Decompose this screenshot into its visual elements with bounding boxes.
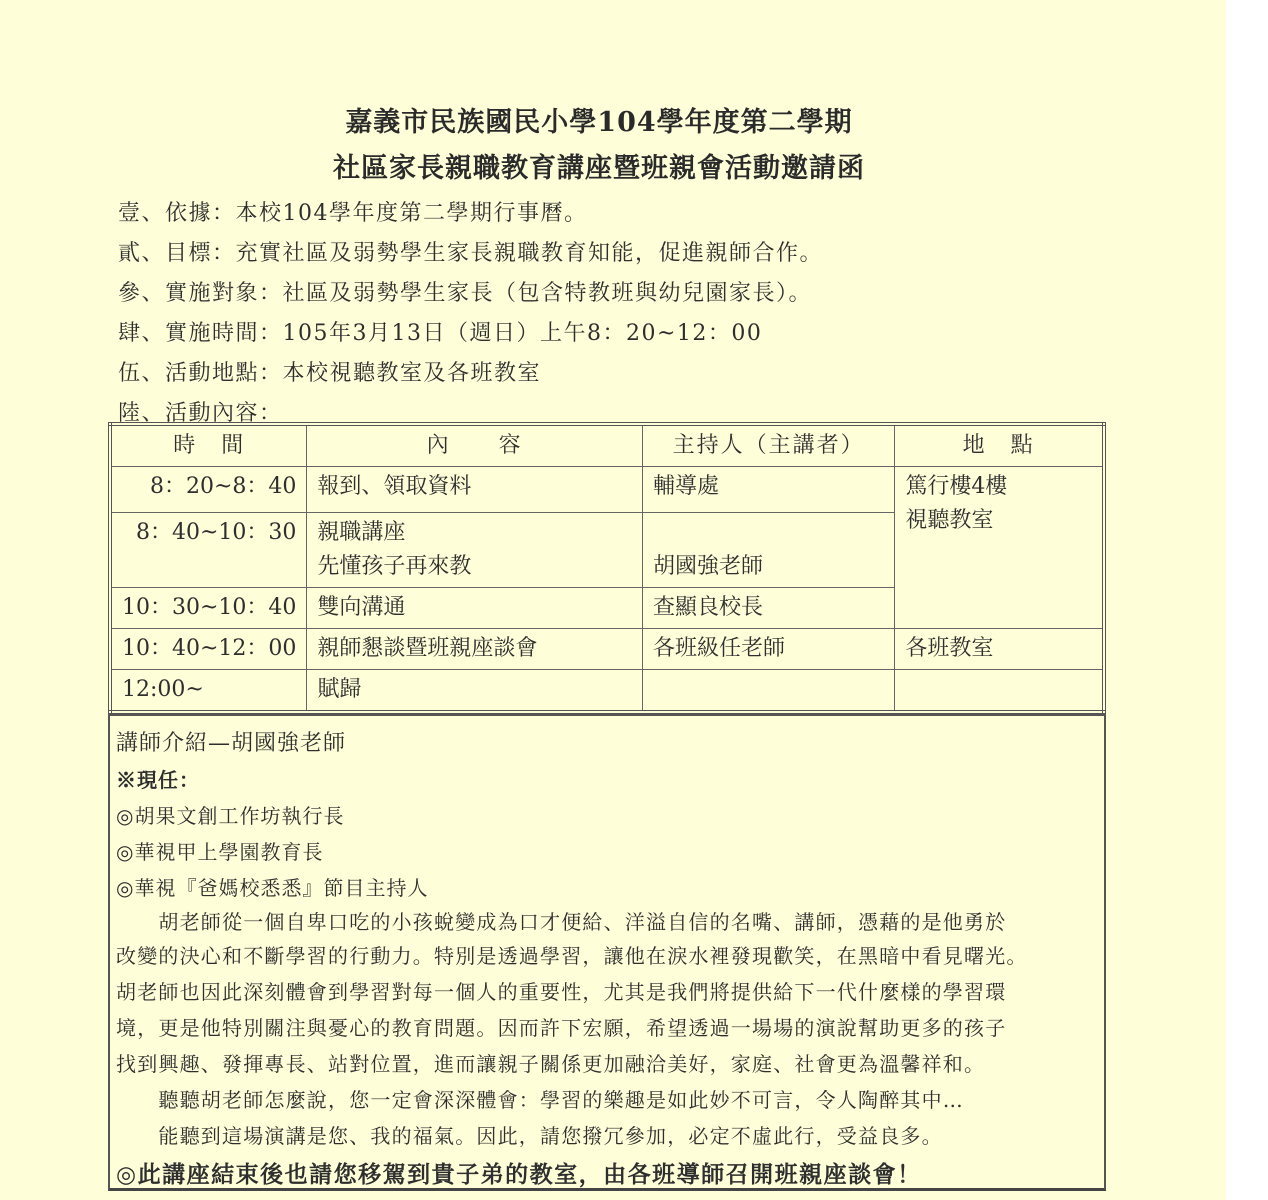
section-text: 本校104學年度第二學期行事曆。 [236,201,588,226]
section-label: 參、實施對象： [118,281,283,306]
section-target: 參、實施對象：社區及弱勢學生家長（包含特教班與幼兒園家長）。 [118,276,812,307]
current-label: ※現任： [116,764,200,793]
cell-host: 輔導處 [642,467,894,513]
section-label: 伍、活動地點： [118,361,283,386]
cell-content: 親師懇談暨班親座談會 [307,629,643,670]
cell-content: 賦歸 [307,670,643,713]
bio-line: 境，更是他特別關注與憂心的教育問題。因而許下宏願，希望透過一場場的演說幫助更多的… [116,1012,1006,1041]
document-title-line2: 社區家長親職教育講座暨班親會活動邀請函 [0,146,1212,185]
section-location: 伍、活動地點：本校視聽教室及各班教室 [118,356,541,387]
section-time: 肆、實施時間：105年3月13日（週日）上午8：20~12：00 [118,316,762,347]
position-item: ◎華視『爸媽校悉悉』節目主持人 [116,872,428,901]
cell-time: 10：40~12：00 [110,629,307,670]
content-line2: 先懂孩子再來教 [317,547,632,587]
section-text: 社區及弱勢學生家長（包含特教班與幼兒園家長）。 [283,281,813,306]
section-goal: 貳、目標：充實社區及弱勢學生家長親職教育知能，促進親師合作。 [118,236,823,267]
cell-place [895,670,1104,713]
table-row: 10：40~12：00 親師懇談暨班親座談會 各班級任老師 各班教室 [110,629,1104,670]
position-item: ◎華視甲上學園教育長 [116,836,323,865]
section-text: 105年3月13日（週日）上午8：20~12：00 [283,321,763,346]
table-header-row: 時 間 內 容 主持人（主講者） 地 點 [110,424,1104,467]
header-content: 內 容 [307,424,643,467]
bio-line: 改變的決心和不斷學習的行動力。特別是透過學習，讓他在淚水裡發現歡笑，在黑暗中看見… [116,940,1028,969]
section-text: 本校視聽教室及各班教室 [283,361,542,386]
section-label: 貳、目標： [118,241,236,266]
position-item: ◎胡果文創工作坊執行長 [116,800,344,829]
header-place: 地 點 [895,424,1104,467]
cell-place: 篤行樓4樓 視聽教室 [895,467,1104,629]
speaker-intro-box: 講師介紹—胡國強老師 ※現任： ◎胡果文創工作坊執行長 ◎華視甲上學園教育長 ◎… [108,714,1106,1191]
cell-content: 雙向溝通 [307,588,643,629]
cell-time: 8：40~10：30 [110,513,307,588]
bio-line: 聽聽胡老師怎麼說，您一定會深深體會：學習的樂趣是如此妙不可言，令人陶醉其中… [116,1084,964,1113]
cell-host [642,670,894,713]
document-page: 嘉義市民族國民小學104學年度第二學期 社區家長親職教育講座暨班親會活動邀請函 … [0,0,1226,1200]
section-text: 充實社區及弱勢學生家長親職教育知能，促進親師合作。 [236,241,824,266]
cell-host: 查顯良校長 [642,588,894,629]
table-row: 12:00~ 賦歸 [110,670,1104,713]
bio-line: 找到興趣、發揮專長、站對位置，進而讓親子關係更加融洽美好，家庭、社會更為溫馨祥和… [116,1048,985,1077]
cell-place: 各班教室 [895,629,1104,670]
bio-line: 胡老師也因此深刻體會到學習對每一個人的重要性，尤其是我們將提供給下一代什麼樣的學… [116,976,1006,1005]
bio-line: 能聽到這場演講是您、我的福氣。因此，請您撥冗參加，必定不虛此行，受益良多。 [116,1120,943,1149]
place-line2: 視聽教室 [905,501,1092,541]
cell-content: 親職講座 先懂孩子再來教 [307,513,643,588]
document-title-line1: 嘉義市民族國民小學104學年度第二學期 [0,100,1212,139]
header-host: 主持人（主講者） [642,424,894,467]
speaker-intro-heading: 講師介紹—胡國強老師 [116,726,346,757]
bio-line: 胡老師從一個自卑口吃的小孩蛻變成為口才便給、洋溢自信的名嘴、講師，憑藉的是他勇於 [116,906,1006,935]
section-label: 壹、依據： [118,201,236,226]
section-label: 肆、實施時間： [118,321,283,346]
cell-host: 胡國強老師 [642,513,894,588]
schedule-table: 時 間 內 容 主持人（主講者） 地 點 8：20~8：40 報到、領取資料 輔… [108,422,1106,714]
cell-content: 報到、領取資料 [307,467,643,513]
cell-time: 8：20~8：40 [110,467,307,513]
closing-notice: ◎此講座結束後也請您移駕到貴子弟的教室，由各班導師召開班親座談會！ [116,1156,922,1189]
table-row: 8：20~8：40 報到、領取資料 輔導處 篤行樓4樓 視聽教室 [110,467,1104,513]
cell-time: 10：30~10：40 [110,588,307,629]
header-time: 時 間 [110,424,307,467]
cell-time: 12:00~ [110,670,307,713]
cell-host: 各班級任老師 [642,629,894,670]
section-basis: 壹、依據：本校104學年度第二學期行事曆。 [118,196,588,227]
